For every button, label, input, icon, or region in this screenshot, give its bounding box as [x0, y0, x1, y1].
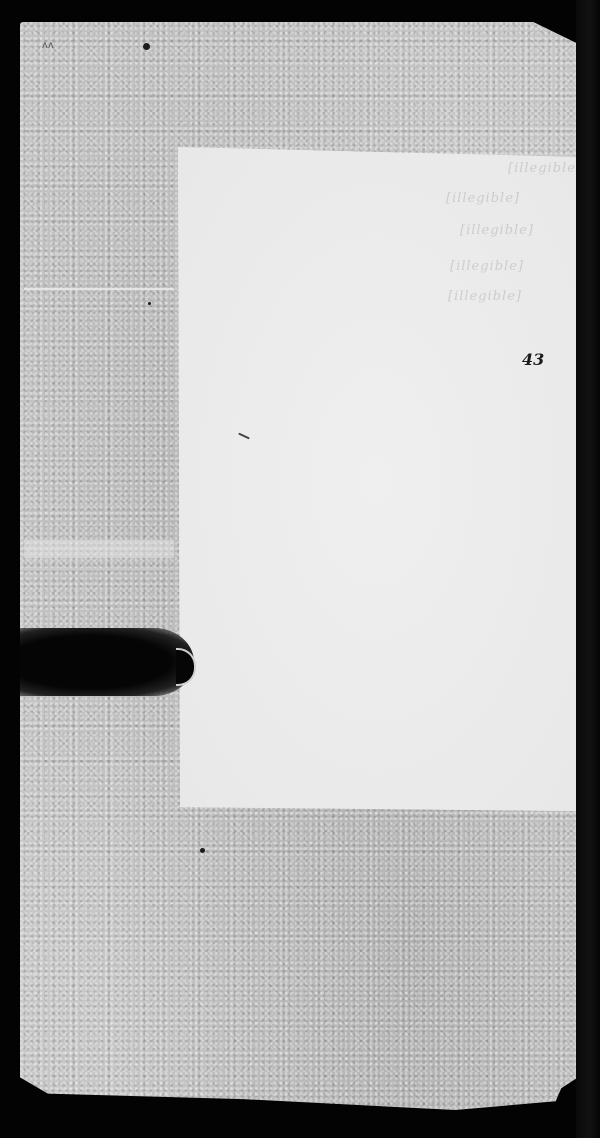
scan-right-edge: [576, 0, 600, 1138]
corner-mark: ʌʌ: [42, 40, 64, 50]
ink-mark: [238, 433, 250, 440]
slip-handwriting-line: [illegible]: [446, 191, 520, 206]
slip-handwriting-line: [illegible]: [450, 259, 524, 274]
folder-crease: [24, 540, 174, 558]
ink-speck: [148, 302, 151, 305]
folder-crease: [24, 568, 174, 570]
pin-clip-shadow: [20, 628, 194, 696]
attached-paper-slip: [illegible] [illegible] [illegible] [ill…: [178, 147, 576, 811]
ink-speck: [200, 848, 205, 853]
folder-crease: [24, 288, 174, 290]
slip-handwriting-line: [illegible]: [508, 161, 582, 176]
folio-number: 43: [522, 350, 544, 369]
slip-handwriting-line: [illegible]: [460, 223, 534, 238]
slip-handwriting-line: [illegible]: [448, 289, 522, 304]
ink-speck: [143, 43, 150, 50]
